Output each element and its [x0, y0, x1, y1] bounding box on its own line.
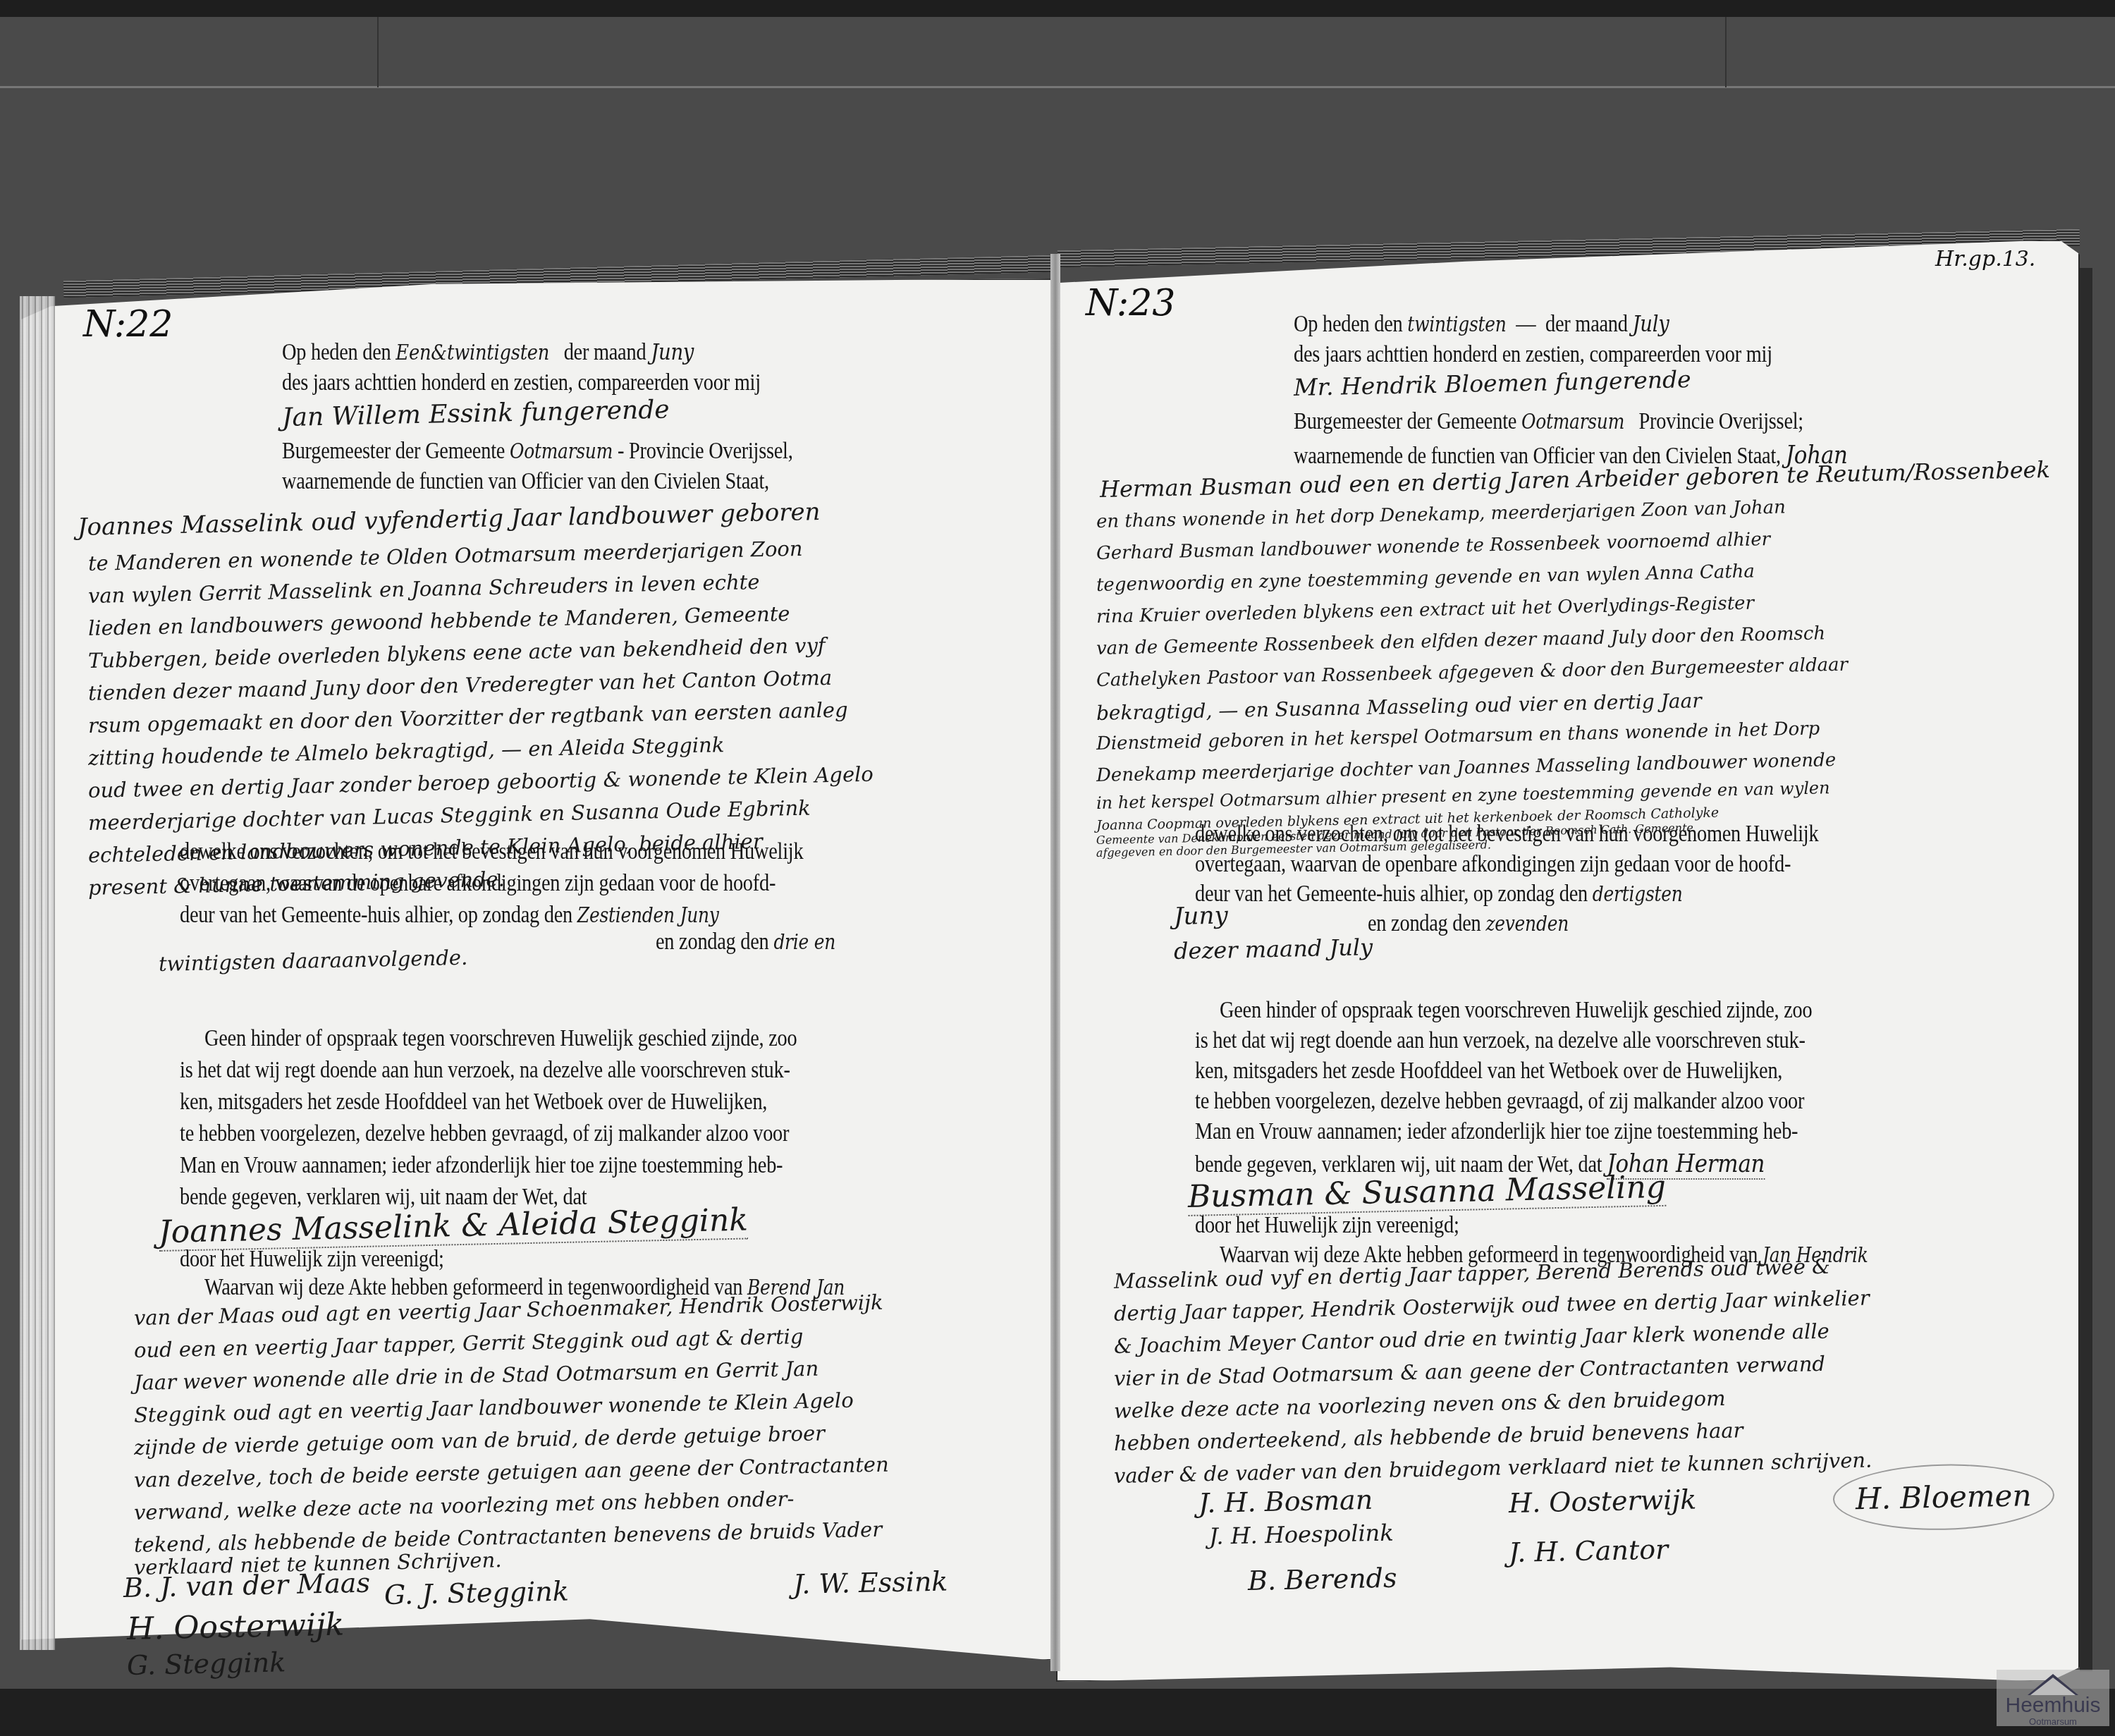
printed-line: deur van het Gemeente-huis alhier, op zo…: [1195, 881, 1683, 907]
printed-line: en zondag den drie en: [656, 929, 835, 955]
printed-line: Geen hinder of opspraak tegen voorschrev…: [1220, 998, 1812, 1024]
preamble-line-2: des jaars achttien honderd en zestien, c…: [1294, 342, 1772, 368]
entry-number: N:22: [83, 303, 173, 346]
preamble-line-3: Burgemeester der Gemeente Ootmarsum - Pr…: [282, 439, 793, 465]
printed-line: Man en Vrouw aannamen; ieder afzonderlij…: [1195, 1119, 1798, 1145]
preamble-line-1: Op heden den Een&twintigsten der maand J…: [282, 338, 694, 366]
banns-first-month: Juny: [1174, 901, 1228, 931]
preamble-line-4: waarnemende de functien van Officier van…: [282, 469, 769, 495]
signature: G. J. Steggink: [384, 1576, 570, 1610]
folio-mark: Hr.gp.13.: [1935, 247, 2035, 271]
printed-line: Man en Vrouw aannamen; ieder afzonderlij…: [180, 1153, 783, 1179]
preamble-line-2: des jaars achttien honderd en zestien, c…: [282, 370, 761, 396]
printed-line: te hebben voorgelezen, dezelve hebben ge…: [180, 1121, 789, 1147]
day-handwritten: Een&twintigsten: [396, 341, 549, 365]
municipality-handwritten: Ootmarsum: [1521, 410, 1624, 434]
printed-line: te hebben voorgelezen, dezelve hebben ge…: [1195, 1089, 1804, 1115]
book-gutter: [1050, 254, 1060, 1671]
printed-line: is het dat wij regt doende aan hun verzo…: [180, 1058, 790, 1084]
day-handwritten: twintigsten: [1407, 312, 1506, 336]
signature: J. H. Hoespolink: [1209, 1520, 1394, 1550]
signature-official: J. W. Essink: [793, 1565, 948, 1600]
banns-first-sunday: Zestienden Juny: [577, 903, 719, 927]
signature: B. Berends: [1248, 1563, 1397, 1596]
printed-line: overtegaan, waarvan de openbare afkondig…: [180, 871, 775, 897]
printed-line: ken, mitsgaders het zesde Hoofddeel van …: [1195, 1058, 1782, 1084]
printed-line: door het Huwelijk zijn vereenigd;: [180, 1247, 444, 1273]
scan-backdrop-top: [0, 0, 2115, 17]
printed-line: ken, mitsgaders het zesde Hoofddeel van …: [180, 1089, 767, 1115]
month-handwritten: July: [1633, 310, 1669, 337]
printed-line: en zondag den zevenden: [1368, 911, 1569, 937]
preamble-line-3: Burgemeester der Gemeente Ootmarsum Prov…: [1294, 409, 1803, 435]
watermark-subtitle: Ootmarsum: [1997, 1716, 2109, 1727]
month-handwritten: Juny: [651, 338, 694, 365]
page-stack-edges: [20, 296, 55, 1650]
scan-backdrop-seam: [0, 86, 2115, 88]
printed-line: Geen hinder of opspraak tegen voorschrev…: [204, 1026, 797, 1052]
printed-line: deur van het Gemeente-huis alhier, op zo…: [180, 903, 719, 929]
scan-backdrop-bottom: [0, 1689, 2115, 1736]
signature: H. Oosterwijk: [126, 1607, 344, 1647]
signature: J. H. Cantor: [1509, 1534, 1669, 1568]
watermark-name: Heemhuis: [1997, 1695, 2109, 1716]
banns-second-sunday: zevenden: [1485, 912, 1569, 936]
signature: B. J. van der Maas: [123, 1567, 371, 1603]
archive-watermark: Heemhuis Ootmarsum: [1997, 1670, 2109, 1726]
municipality-handwritten: Ootmarsum: [510, 439, 613, 463]
banns-second-sunday: drie en: [773, 930, 835, 954]
banns-first-sunday: dertigsten: [1593, 882, 1683, 906]
scan-backdrop-line: [1725, 17, 1727, 87]
signature: J. H. Bosman: [1198, 1484, 1373, 1519]
preamble-line-1: Op heden den twintigsten — der maand Jul…: [1294, 310, 1669, 338]
printed-line: dewelke ons verzochten, om tot het beves…: [180, 839, 803, 865]
signature: H. Oosterwijk: [1509, 1484, 1697, 1519]
banns-second-month: dezer maand July: [1174, 934, 1373, 965]
entry-number: N:23: [1086, 282, 1175, 324]
printed-line: is het dat wij regt doende aan hun verzo…: [1195, 1028, 1806, 1054]
right-cover-edge: [2080, 268, 2092, 1671]
scan-backdrop-line: [377, 17, 379, 87]
house-roof-icon-inner: [2030, 1677, 2076, 1695]
printed-line: door het Huwelijk zijn vereenigd;: [1195, 1213, 1459, 1239]
printed-line: dewelke ons verzochten, om tot het beves…: [1195, 821, 1818, 848]
signature: G. Steggink: [127, 1646, 286, 1681]
printed-line: overtegaan, waarvan de openbare afkondig…: [1195, 852, 1791, 878]
